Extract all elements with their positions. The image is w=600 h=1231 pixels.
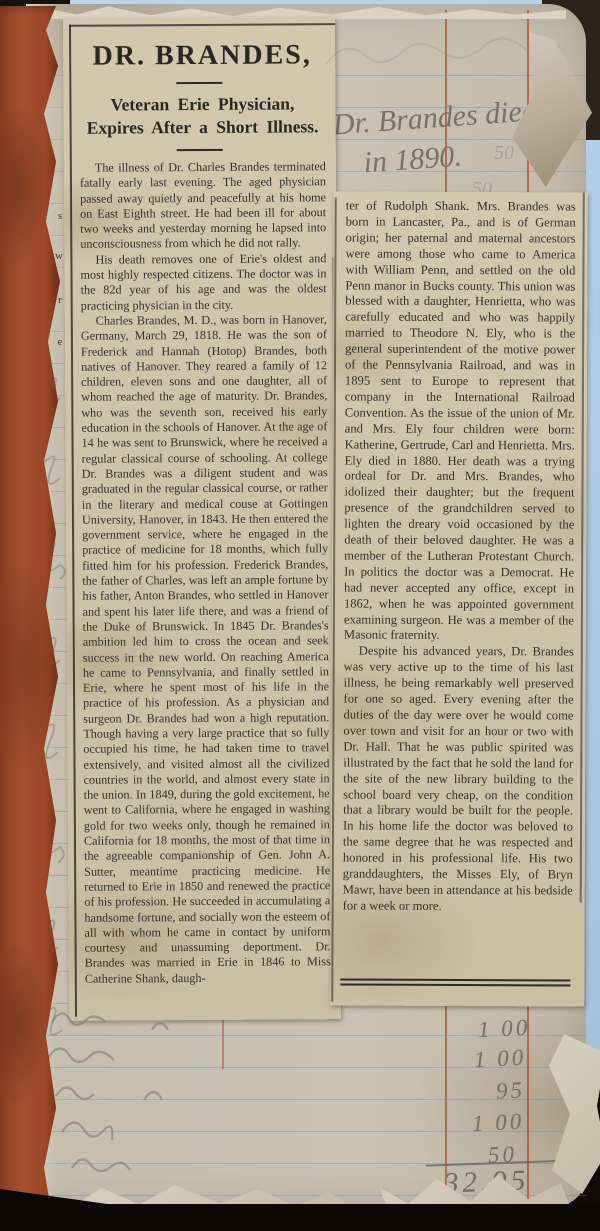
article-body-right: ter of Rudolph Shank. Mrs. Brandes was b… [343,199,576,916]
top-rule [69,23,335,27]
article-end-rule [340,978,570,986]
ledger-page: s w r e Dr. Brandes died in 1890. 50 50 … [26,4,586,1206]
ledger-amount: 1 00 [477,1015,531,1044]
illegible-ledger-handwriting [32,1000,352,1200]
paragraph: Despite his advanced years, Dr. Brandes … [343,644,574,915]
article-subheadline: Veteran Erie Physician, Expires After a … [79,92,325,140]
paragraph: ter of Rudolph Shank. Mrs. Brandes was b… [344,199,576,645]
paragraph: His death removes one of Erie's oldest a… [80,251,326,314]
scan-bottom-edge [0,1204,600,1231]
paragraph: Charles Brandes, M. D., was born in Hano… [81,312,331,987]
ledger-amount: 95 [495,1077,525,1104]
paragraph: The illness of Dr. Charles Brandes termi… [80,159,327,252]
ledger-amount: 1 00 [473,1045,527,1074]
column-rule [580,193,585,903]
article-body-left: The illness of Dr. Charles Brandes termi… [80,159,331,987]
article-headline: DR. BRANDES, [77,39,327,73]
ledger-amount: 1 00 [471,1109,525,1138]
scrapbook-scan: s w r e Dr. Brandes died in 1890. 50 50 … [0,0,600,1231]
headline-divider [176,82,222,84]
newspaper-clipping-left-column: DR. BRANDES, Veteran Erie Physician, Exp… [63,17,341,1021]
column-rule [69,25,77,1017]
subhead-divider [177,149,223,151]
faint-pencil-mark: 50 [494,142,514,165]
newspaper-clipping-right-column: ter of Rudolph Shank. Mrs. Brandes was b… [330,191,588,1006]
